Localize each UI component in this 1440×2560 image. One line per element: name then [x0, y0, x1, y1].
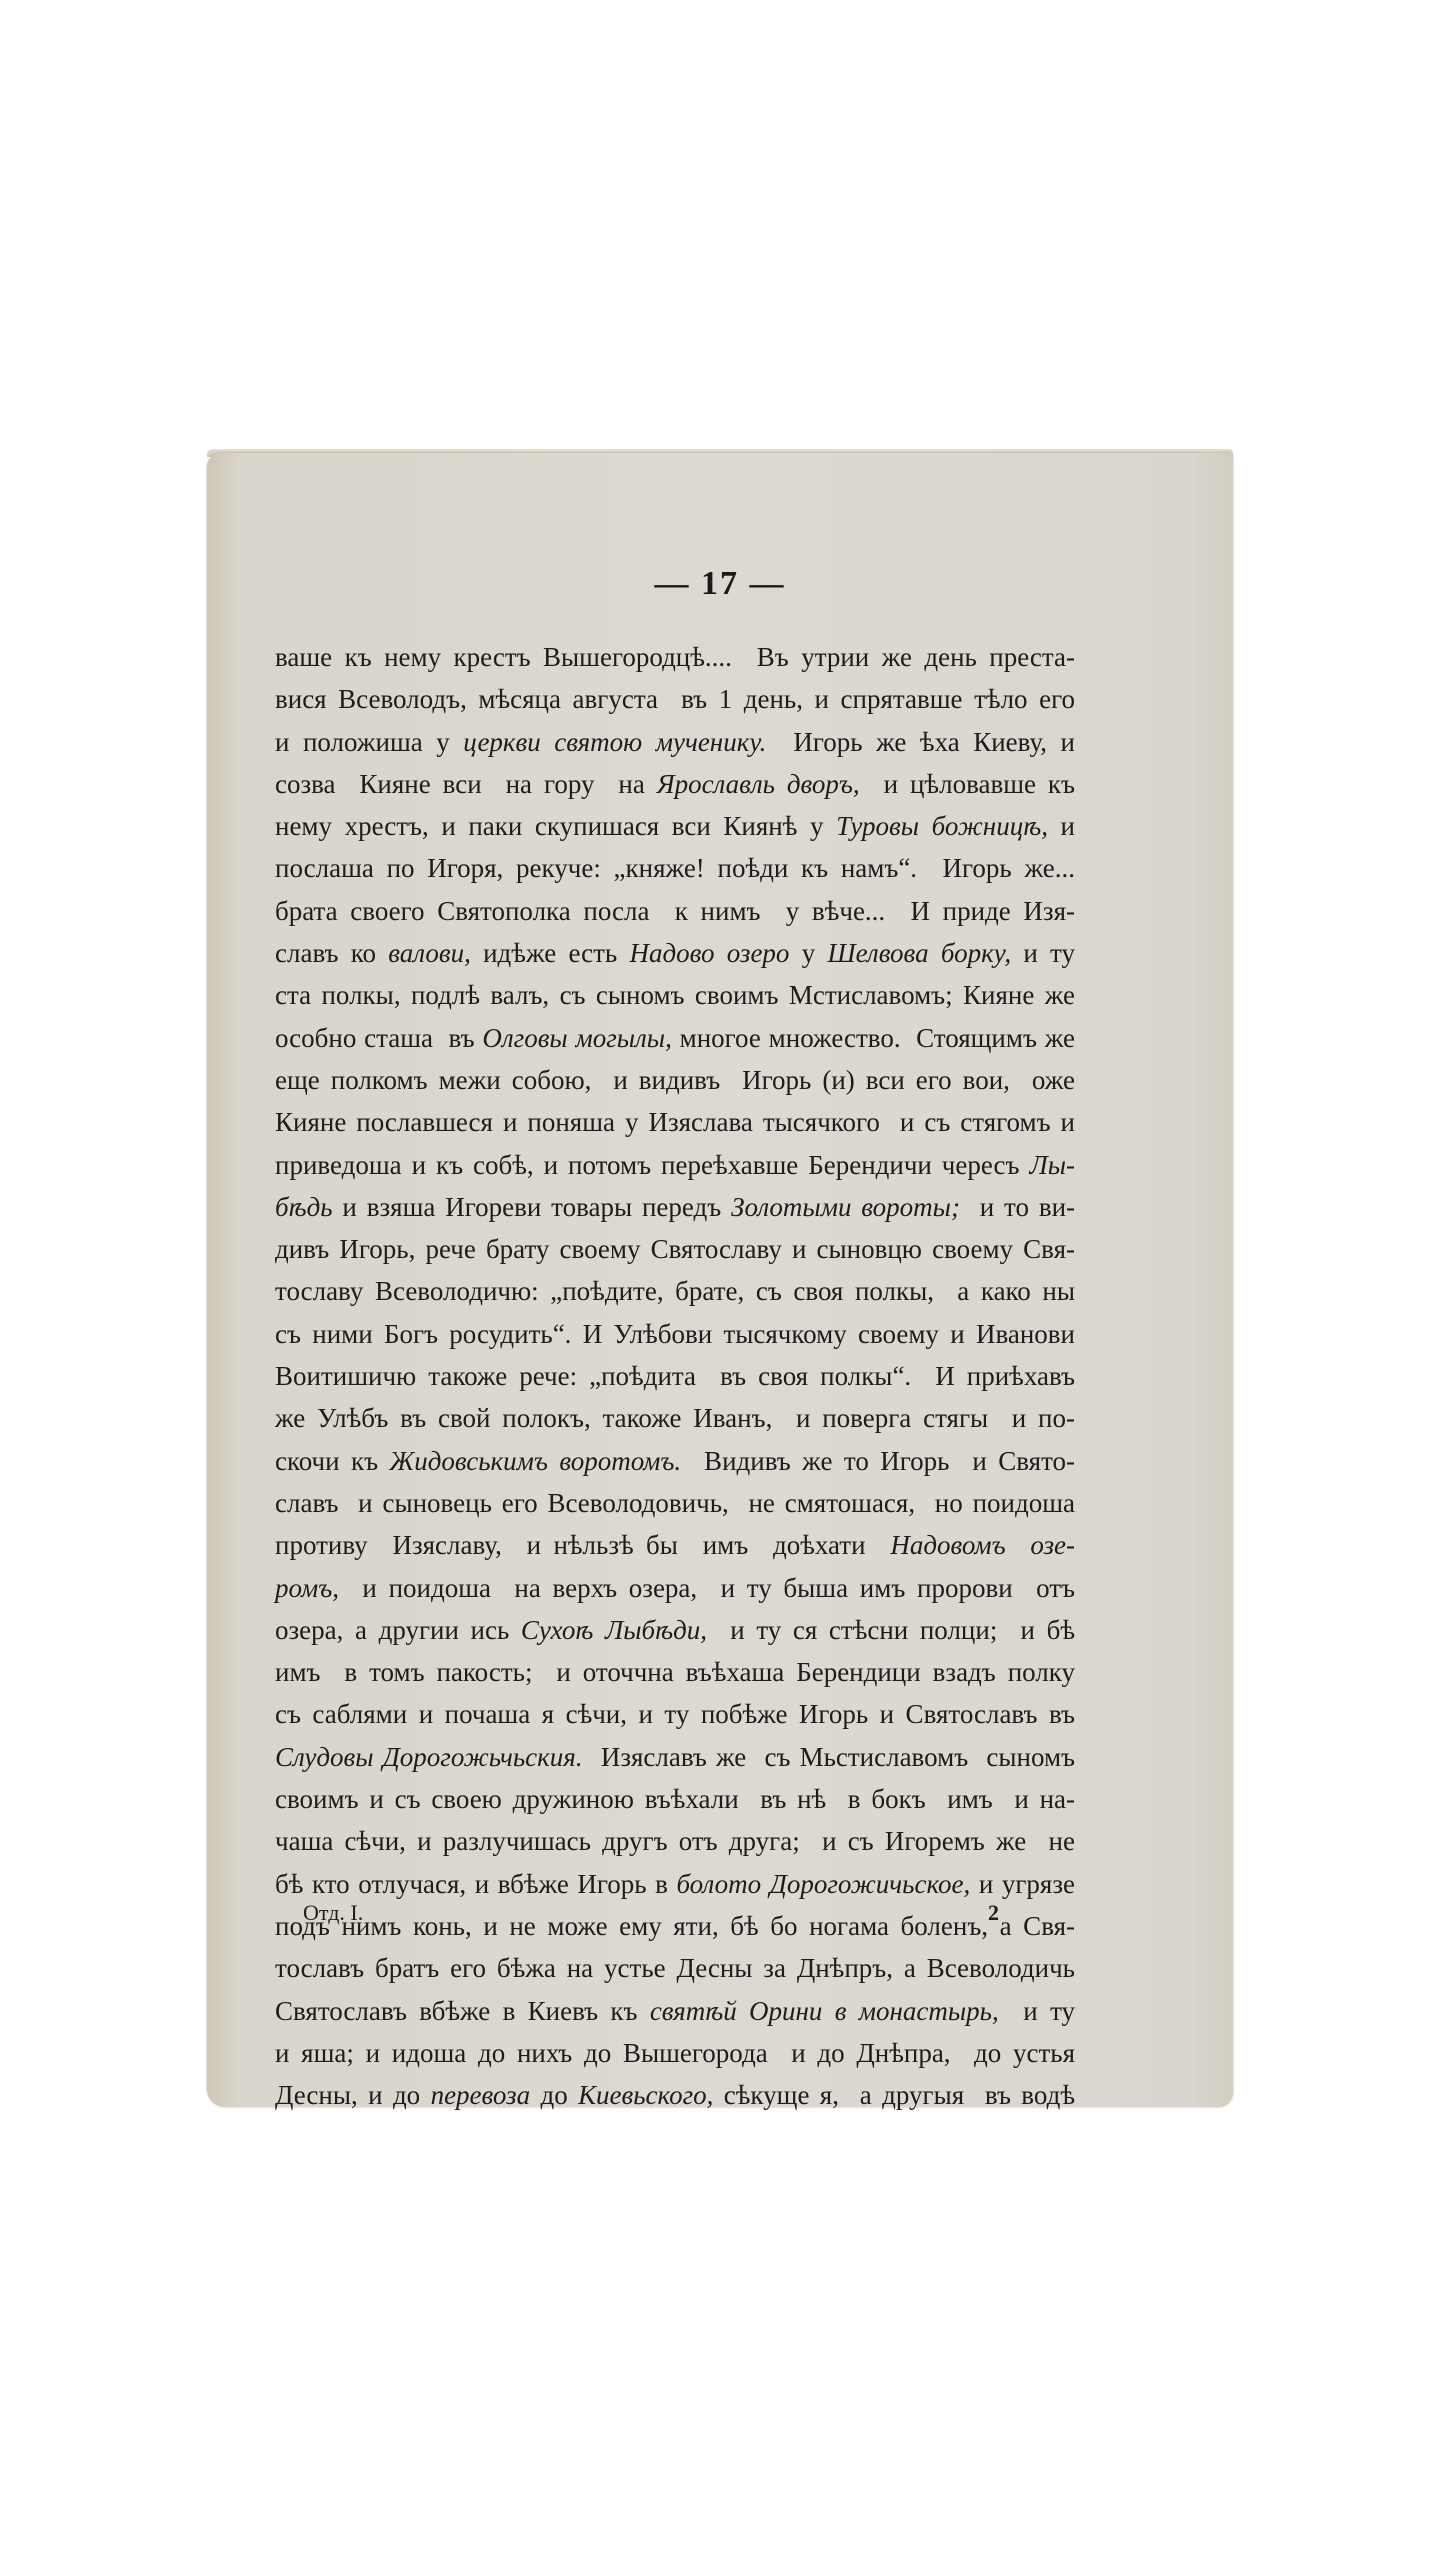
text-segment: Десны, и до	[275, 2080, 431, 2110]
text-segment: съ ними Богъ росудить“. И Улѣбови тысячк…	[275, 1319, 1075, 1349]
italic-text-segment: бѣдь	[275, 1192, 333, 1222]
text-line: тославъ братъ его бѣжа на устье Десны за…	[275, 1947, 1075, 1989]
italic-text-segment: валови,	[388, 938, 471, 968]
text-segment: и ту	[999, 1996, 1075, 2026]
italic-text-segment: святѣй Орини в монастырь,	[650, 1996, 999, 2026]
text-line: съ ними Богъ росудить“. И Улѣбови тысячк…	[275, 1313, 1075, 1355]
text-line: особно сташа въ Олговы могылы, многое мн…	[275, 1017, 1075, 1059]
text-segment: приведоша и къ собѣ, и потомъ переѣхавше…	[275, 1150, 1029, 1180]
text-line: Кияне пославшеся и поняша у Изяслава тыс…	[275, 1101, 1075, 1143]
text-segment: Игорь же ѣха Киеву, и	[766, 727, 1075, 757]
text-segment: сѣкуще я, а другыя въ водѣ	[713, 2080, 1075, 2110]
text-segment: особно сташа въ	[275, 1023, 482, 1053]
italic-text-segment: Туровы божницѣ,	[836, 811, 1048, 841]
text-segment: и ту	[1011, 938, 1075, 968]
text-line: озера, а другии ись Сухоѣ Лыбѣди, и ту с…	[275, 1609, 1075, 1651]
text-segment: и ту ся стѣсни полци; и бѣ	[707, 1615, 1075, 1645]
text-segment: Святославъ вбѣже в Киевъ къ	[275, 1996, 650, 2026]
italic-text-segment: Слудовы Дорогожьчьския.	[275, 1742, 583, 1772]
text-segment: многое множество. Стоящимъ же	[672, 1023, 1075, 1053]
italic-text-segment: Ярославль дворъ,	[657, 769, 860, 799]
text-segment: у	[789, 938, 827, 968]
text-line: созва Кияне вси на гору на Ярославль дво…	[275, 763, 1075, 805]
text-line: Воитишичю такоже рече: „поѣдита въ своя …	[275, 1355, 1075, 1397]
text-line: ста полкы, подлѣ валъ, съ сыномъ своимъ …	[275, 974, 1075, 1016]
text-line: вися Всеволодъ, мѣсяца августа въ 1 день…	[275, 678, 1075, 720]
text-segment: тославъ братъ его бѣжа на устье Десны за…	[275, 1953, 1075, 1983]
italic-text-segment: Надово озеро	[630, 938, 790, 968]
italic-text-segment: Киевьского,	[578, 2080, 713, 2110]
text-line: имъ в томъ пакость; и оточчна въѣхаша Бе…	[275, 1651, 1075, 1693]
italic-text-segment: ромъ,	[275, 1573, 339, 1603]
text-segment: подъ нимъ конь, и не може ему яти, бѣ бо…	[275, 1911, 1075, 1941]
text-line: ваше къ нему крестъ Вышегородцѣ.... Въ у…	[275, 636, 1075, 678]
text-segment: Изяславъ же съ Мьстиславомъ сыномъ	[583, 1742, 1075, 1772]
italic-text-segment: Золотыми вороты;	[731, 1192, 960, 1222]
text-segment: тославу Всеволодичю: „поѣдите, брате, съ…	[275, 1276, 1075, 1306]
italic-text-segment: церкви святою мученику.	[463, 727, 766, 757]
text-segment: и положиша у	[275, 727, 463, 757]
text-segment: вися Всеволодъ, мѣсяца августа въ 1 день…	[275, 684, 1075, 714]
text-segment: озера, а другии ись	[275, 1615, 521, 1645]
italic-text-segment: Олговы могылы,	[482, 1023, 671, 1053]
italic-text-segment: болото Дорогожичьское,	[676, 1869, 970, 1899]
text-segment: чаша сѣчи, и разлучишась другъ отъ друга…	[275, 1826, 1075, 1856]
text-segment: Воитишичю такоже рече: „поѣдита въ своя …	[275, 1361, 1075, 1391]
text-line: бѣ кто отлучася, и вбѣже Игорь в болото …	[275, 1863, 1075, 1905]
text-segment: идѣже есть	[471, 938, 630, 968]
italic-text-segment: Жидовськимъ воротомъ.	[390, 1446, 682, 1476]
text-line: славъ и сыновець его Всеволодовичь, не с…	[275, 1482, 1075, 1524]
text-line: съ саблями и почаша я сѣчи, и ту побѣже …	[275, 1693, 1075, 1735]
italic-text-segment: Надовомъ озе-	[890, 1530, 1075, 1560]
text-segment: славъ и сыновець его Всеволодовичь, не с…	[275, 1488, 1075, 1518]
footer-sheet-number: 2	[988, 1900, 999, 1926]
text-segment: нему хрестъ, и паки скупишася вси Киянѣ …	[275, 811, 836, 841]
text-segment: еще полкомъ межи собою, и видивъ Игорь (…	[275, 1065, 1075, 1095]
text-line: противу Изяславу, и нѣльзѣ бы имъ доѣхат…	[275, 1524, 1075, 1566]
text-segment: своимъ и съ своею дружиною въѣхали въ нѣ…	[275, 1784, 1075, 1814]
text-line: чаша сѣчи, и разлучишась другъ отъ друга…	[275, 1820, 1075, 1862]
text-line: подъ нимъ конь, и не може ему яти, бѣ бо…	[275, 1905, 1075, 1947]
text-segment: бѣ кто отлучася, и вбѣже Игорь в	[275, 1869, 676, 1899]
text-line: бѣдь и взяша Игореви товары передъ Золот…	[275, 1186, 1075, 1228]
text-line: нему хрестъ, и паки скупишася вси Киянѣ …	[275, 805, 1075, 847]
text-segment: послаша по Игоря, рекуче: „княже! поѣди …	[275, 853, 1075, 883]
text-line: брата своего Святополка посла к нимъ у в…	[275, 890, 1075, 932]
text-line: Святославъ вбѣже в Киевъ къ святѣй Орини…	[275, 1990, 1075, 2032]
text-line: Десны, и до перевоза до Киевьского, сѣку…	[275, 2074, 1075, 2116]
text-segment: до	[530, 2080, 578, 2110]
text-segment: дивъ Игорь, рече брату своему Святославу…	[275, 1234, 1075, 1264]
text-segment: же Улѣбъ въ свой полокъ, такоже Иванъ, и…	[275, 1403, 1075, 1433]
text-segment: и цѣловавше къ	[860, 769, 1075, 799]
text-segment: и яша; и идоша до нихъ до Вышегорода и д…	[275, 2038, 1075, 2068]
text-segment: скочи къ	[275, 1446, 390, 1476]
text-line: послаша по Игоря, рекуче: „княже! поѣди …	[275, 847, 1075, 889]
text-segment: имъ в томъ пакость; и оточчна въѣхаша Бе…	[275, 1657, 1075, 1687]
italic-text-segment: Сухоѣ Лыбѣди,	[521, 1615, 707, 1645]
text-line: своимъ и съ своею дружиною въѣхали въ нѣ…	[275, 1778, 1075, 1820]
text-segment: и взяша Игореви товары передъ	[333, 1192, 732, 1222]
italic-text-segment: Шелвова борку,	[827, 938, 1011, 968]
text-line: славъ ко валови, идѣже есть Надово озеро…	[275, 932, 1075, 974]
text-line: тославу Всеволодичю: „поѣдите, брате, съ…	[275, 1270, 1075, 1312]
text-segment: Видивъ же то Игорь и Свято-	[681, 1446, 1075, 1476]
text-line: еще полкомъ межи собою, и видивъ Игорь (…	[275, 1059, 1075, 1101]
italic-text-segment: Лы-	[1029, 1150, 1075, 1180]
body-text: ваше къ нему крестъ Вышегородцѣ.... Въ у…	[275, 636, 1075, 2116]
text-line: и положиша у церкви святою мученику. Иго…	[275, 721, 1075, 763]
footer-signature: Отд. I.	[303, 1900, 363, 1926]
page-number: — 17 —	[207, 565, 1233, 603]
text-segment: ваше къ нему крестъ Вышегородцѣ.... Въ у…	[275, 642, 1075, 672]
text-line: и яша; и идоша до нихъ до Вышегорода и д…	[275, 2032, 1075, 2074]
text-line: же Улѣбъ въ свой полокъ, такоже Иванъ, и…	[275, 1397, 1075, 1439]
italic-text-segment: перевоза	[431, 2080, 531, 2110]
text-segment: противу Изяславу, и нѣльзѣ бы имъ доѣхат…	[275, 1530, 890, 1560]
text-line: скочи къ Жидовськимъ воротомъ. Видивъ же…	[275, 1440, 1075, 1482]
text-segment: и	[1048, 811, 1075, 841]
text-line: Слудовы Дорогожьчьския. Изяславъ же съ М…	[275, 1736, 1075, 1778]
text-segment: ста полкы, подлѣ валъ, съ сыномъ своимъ …	[275, 980, 1075, 1010]
text-line: приведоша и къ собѣ, и потомъ переѣхавше…	[275, 1144, 1075, 1186]
text-segment: и то ви-	[960, 1192, 1075, 1222]
text-line: дивъ Игорь, рече брату своему Святославу…	[275, 1228, 1075, 1270]
text-segment: и поидоша на верхъ озера, и ту быша имъ …	[339, 1573, 1075, 1603]
text-segment: славъ ко	[275, 938, 388, 968]
text-segment: и угрязе	[970, 1869, 1075, 1899]
text-segment: брата своего Святополка посла к нимъ у в…	[275, 896, 1075, 926]
text-segment: Кияне пославшеся и поняша у Изяслава тыс…	[275, 1107, 1075, 1137]
text-segment: съ саблями и почаша я сѣчи, и ту побѣже …	[275, 1699, 1075, 1729]
text-line: ромъ, и поидоша на верхъ озера, и ту быш…	[275, 1567, 1075, 1609]
book-page: — 17 — ваше къ нему крестъ Вышегородцѣ..…	[207, 453, 1233, 2107]
text-segment: созва Кияне вси на гору на	[275, 769, 657, 799]
